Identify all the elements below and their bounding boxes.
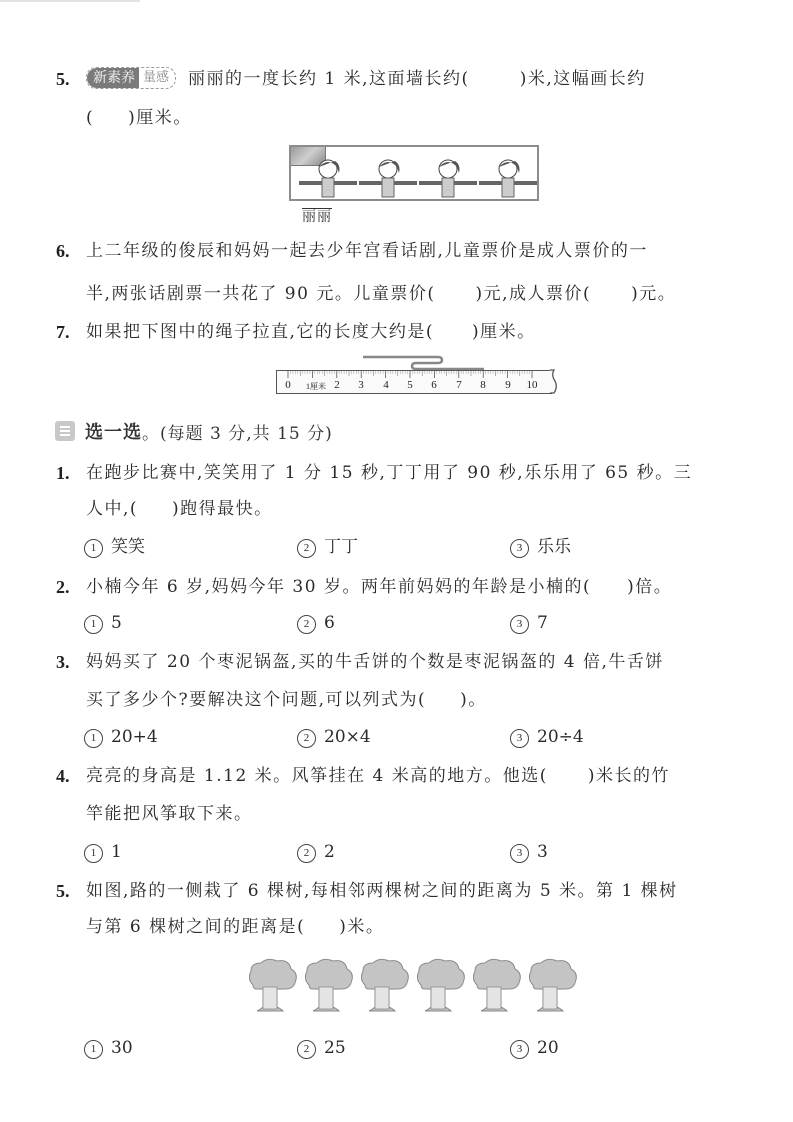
question-text: 买了多少个?要解决这个问题,可以列式为( <box>86 690 426 710</box>
choice-1-line-2: 人中,()跑得最快。 <box>86 497 273 521</box>
circled-number-icon: 2 <box>297 844 316 863</box>
choice-5-line-1: 如图,路的一侧栽了 6 棵树,每相邻两棵树之间的距离为 5 米。第 1 棵树 <box>86 879 678 903</box>
ruler-label: 8 <box>480 379 486 391</box>
wall-with-girls-figure <box>289 145 539 201</box>
choice-5-line-2: 与第 6 棵树之间的距离是()米。 <box>86 915 384 939</box>
question-5-line-2: ()厘米。 <box>86 106 192 130</box>
circled-number-icon: 2 <box>297 539 316 558</box>
option-text: 25 <box>324 1038 346 1058</box>
badge-label-secondary: 量感 <box>139 68 175 88</box>
question-text: ( <box>86 108 94 128</box>
option-text: 3 <box>537 842 548 862</box>
question-number: 7. <box>56 320 70 344</box>
question-number: 3. <box>56 650 70 674</box>
tree-icon <box>473 959 520 1011</box>
question-text: )厘米。 <box>472 322 536 342</box>
new-literacy-badge: 新素养 量感 <box>86 67 176 89</box>
choice-4-line-1: 亮亮的身高是 1.12 米。风筝挂在 4 米高的地方。他选()米长的竹 <box>86 764 670 788</box>
choice-2-line-1: 小楠今年 6 岁,妈妈今年 30 岁。两年前妈妈的年龄是小楠的()倍。 <box>86 575 672 599</box>
question-5-line-1: 新素养 量感 丽丽的一度长约 1 米,这面墙长约()米,这幅画长约 <box>86 67 646 91</box>
ruler-ticks <box>277 371 553 379</box>
ruler-label: 6 <box>431 379 437 391</box>
question-text: )米,这幅画长约 <box>520 69 646 89</box>
question-text: 人中,( <box>86 499 138 519</box>
question-number: 4. <box>56 764 70 788</box>
question-6-line-1: 上二年级的俊辰和妈妈一起去少年宫看话剧,儿童票价是成人票价的一 <box>86 239 648 263</box>
option-text: 7 <box>537 613 548 633</box>
question-text: )。 <box>460 690 487 710</box>
tree-icon <box>249 959 296 1011</box>
option-text: 丁丁 <box>324 537 358 557</box>
question-text: 与第 6 棵树之间的距离是( <box>86 917 305 937</box>
circled-number-icon: 3 <box>510 1040 529 1059</box>
option-2[interactable]: 220×4 <box>297 725 371 749</box>
tree-icon <box>417 959 464 1011</box>
girl-arms-outstretched-icon <box>477 155 539 199</box>
circled-number-icon: 3 <box>510 729 529 748</box>
ruler-broken-edge <box>550 369 558 394</box>
section-title: 选一选 <box>85 418 142 444</box>
question-text: )米长的竹 <box>588 766 670 786</box>
option-2[interactable]: 225 <box>297 1036 346 1060</box>
option-2[interactable]: 26 <box>297 611 335 635</box>
choice-3-line-2: 买了多少个?要解决这个问题,可以列式为()。 <box>86 688 487 712</box>
ruler-label: 2 <box>334 379 340 391</box>
option-text: 笑笑 <box>111 537 145 557</box>
circled-number-icon: 1 <box>84 729 103 748</box>
tree-icon <box>361 959 408 1011</box>
question-number: 5. <box>56 879 70 903</box>
circled-number-icon: 2 <box>297 615 316 634</box>
ruler-label: 10 <box>527 379 538 391</box>
option-1[interactable]: 120+4 <box>84 725 158 749</box>
figure-label: 丽丽 <box>302 206 332 226</box>
circled-number-icon: 1 <box>84 844 103 863</box>
option-2[interactable]: 2丁丁 <box>297 535 358 559</box>
badge-label-primary: 新素养 <box>87 68 139 88</box>
choice-1-line-1: 在跑步比赛中,笑笑用了 1 分 15 秒,丁丁用了 90 秒,乐乐用了 65 秒… <box>86 461 692 485</box>
option-1[interactable]: 11 <box>84 840 122 864</box>
option-text: 20 <box>537 1038 559 1058</box>
option-3[interactable]: 3乐乐 <box>510 535 571 559</box>
option-2[interactable]: 22 <box>297 840 335 864</box>
circled-number-icon: 2 <box>297 729 316 748</box>
option-text: 20+4 <box>111 727 158 747</box>
question-text: 如果把下图中的绳子拉直,它的长度大约是( <box>86 322 434 342</box>
option-3[interactable]: 320÷4 <box>510 725 584 749</box>
question-text: 小楠今年 6 岁,妈妈今年 30 岁。两年前妈妈的年龄是小楠的( <box>86 577 591 597</box>
question-text: 半,两张话剧票一共花了 90 元。儿童票价( <box>86 284 435 304</box>
ruler-label: 0 <box>285 379 291 391</box>
circled-number-icon: 3 <box>510 539 529 558</box>
question-text: )倍。 <box>627 577 672 597</box>
section-scoring: 。(每题 3 分,共 15 分) <box>142 419 333 444</box>
circled-number-icon: 1 <box>84 615 103 634</box>
option-3[interactable]: 320 <box>510 1036 559 1060</box>
option-text: 2 <box>324 842 335 862</box>
ruler-label: 9 <box>505 379 511 391</box>
option-text: 20÷4 <box>537 727 584 747</box>
girl-arms-outstretched-icon <box>357 155 419 199</box>
question-7-line-1: 如果把下图中的绳子拉直,它的长度大约是()厘米。 <box>86 320 536 344</box>
option-text: 乐乐 <box>537 537 571 557</box>
question-text: )跑得最快。 <box>172 499 273 519</box>
page-edge-line <box>0 0 140 2</box>
question-number: 1. <box>56 461 70 485</box>
question-number: 2. <box>56 575 70 599</box>
option-1[interactable]: 130 <box>84 1036 133 1060</box>
option-text: 30 <box>111 1038 133 1058</box>
section-three-icon <box>55 421 75 441</box>
girl-arms-outstretched-icon <box>297 155 359 199</box>
question-text: )厘米。 <box>128 108 192 128</box>
question-6-line-2: 半,两张话剧票一共花了 90 元。儿童票价()元,成人票价()元。 <box>86 282 676 306</box>
ruler-label: 5 <box>407 379 413 391</box>
question-text: )元。 <box>631 284 676 304</box>
choice-4-line-2: 竿能把风筝取下来。 <box>86 802 253 826</box>
question-number: 5. <box>56 67 70 91</box>
option-text: 1 <box>111 842 122 862</box>
option-text: 20×4 <box>324 727 371 747</box>
option-1[interactable]: 15 <box>84 611 122 635</box>
option-text: 5 <box>111 613 122 633</box>
choice-3-line-1: 妈妈买了 20 个枣泥锅盔,买的牛舌饼的个数是枣泥锅盔的 4 倍,牛舌饼 <box>86 650 664 674</box>
option-3[interactable]: 37 <box>510 611 548 635</box>
section-header: 选一选 。(每题 3 分,共 15 分) <box>55 418 333 444</box>
ruler-label: 4 <box>383 379 389 391</box>
circled-number-icon: 3 <box>510 844 529 863</box>
circled-number-icon: 2 <box>297 1040 316 1059</box>
tree-icon <box>529 959 576 1011</box>
ruler-label: 3 <box>358 379 364 391</box>
tree-icon <box>305 959 352 1011</box>
question-text: 亮亮的身高是 1.12 米。风筝挂在 4 米高的地方。他选( <box>86 766 548 786</box>
question-text: )米。 <box>339 917 384 937</box>
question-text: )元,成人票价( <box>475 284 591 304</box>
question-number: 6. <box>56 239 70 263</box>
option-3[interactable]: 33 <box>510 840 548 864</box>
option-text: 6 <box>324 613 335 633</box>
circled-number-icon: 1 <box>84 1040 103 1059</box>
girl-arms-outstretched-icon <box>417 155 479 199</box>
option-1[interactable]: 1笑笑 <box>84 535 145 559</box>
circled-number-icon: 1 <box>84 539 103 558</box>
ruler-label: 7 <box>456 379 462 391</box>
ruler: 0 1厘米 2 3 4 5 6 7 8 9 10 <box>276 370 552 394</box>
question-text: 丽丽的一度长约 1 米,这面墙长约( <box>188 69 470 89</box>
six-trees-figure <box>245 955 585 1015</box>
ruler-label: 1厘米 <box>306 381 326 392</box>
circled-number-icon: 3 <box>510 615 529 634</box>
